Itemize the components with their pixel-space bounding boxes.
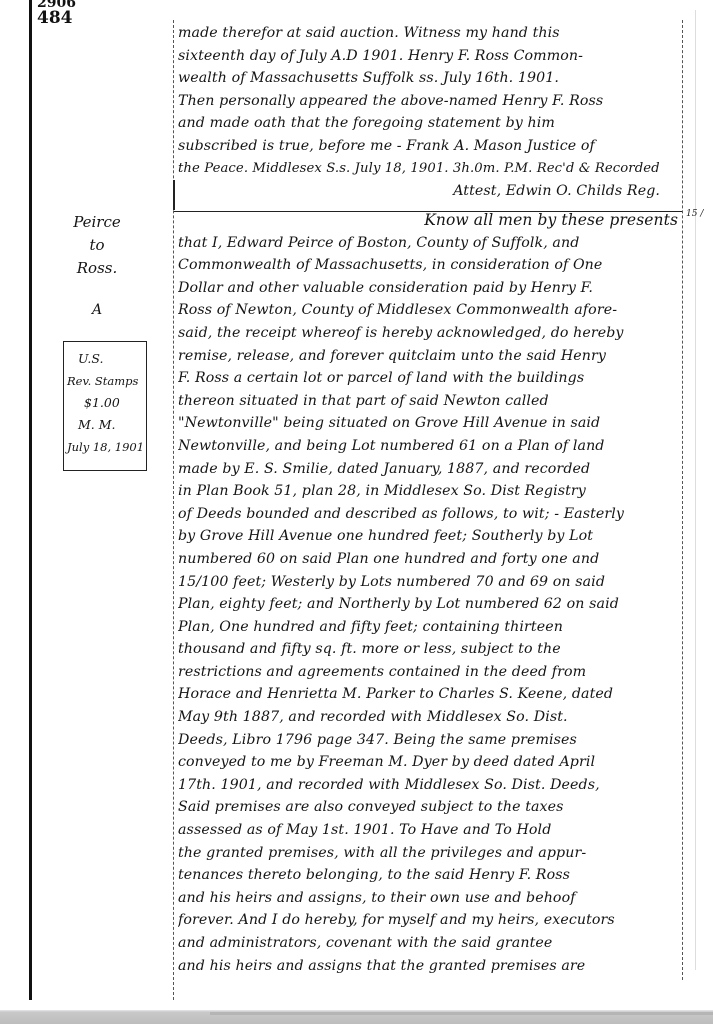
grantee-name: Ross. <box>62 257 132 280</box>
text-line: the granted premises, with all the privi… <box>178 842 682 865</box>
text-line: F. Ross a certain lot or parcel of land … <box>178 367 682 390</box>
deed-heading: Know all men by these presents <box>178 209 682 232</box>
text-line: the Peace. Middlesex S.s. July 18, 1901.… <box>178 158 682 181</box>
text-line: Plan, eighty feet; and Northerly by Lot … <box>178 593 682 616</box>
right-margin-annotation: 15 / <box>686 209 703 219</box>
page-shadow <box>210 1012 713 1015</box>
far-right-rule <box>695 10 696 970</box>
right-column-rule <box>682 20 683 980</box>
text-line: assessed as of May 1st. 1901. To Have an… <box>178 819 682 842</box>
text-line: and his heirs and assigns that the grant… <box>178 955 682 978</box>
text-line: and administrators, covenant with the sa… <box>178 932 682 955</box>
attest-signature: Attest, Edwin O. Childs Reg. <box>178 180 682 203</box>
revenue-stamp-note: U.S. Rev. Stamps $1.00 M. M. July 18, 19… <box>63 341 147 471</box>
text-line: Horace and Henrietta M. Parker to Charle… <box>178 683 682 706</box>
text-line: and made oath that the foregoing stateme… <box>178 112 682 135</box>
viewer-bottom-edge <box>0 1010 713 1024</box>
text-line: wealth of Massachusetts Suffolk ss. July… <box>178 67 682 90</box>
text-line: May 9th 1887, and recorded with Middlese… <box>178 706 682 729</box>
text-line: made by E. S. Smilie, dated January, 188… <box>178 458 682 481</box>
deed-body: Know all men by these presents that I, E… <box>178 209 682 977</box>
text-line: conveyed to me by Freeman M. Dyer by dee… <box>178 751 682 774</box>
stamp-line-us: U.S. <box>64 348 146 370</box>
margin-column-rule <box>173 20 174 1000</box>
grantor-name: Peirce <box>62 211 132 234</box>
stamp-line-amount: $1.00 <box>64 392 146 414</box>
text-line: tenances thereto belonging, to the said … <box>178 864 682 887</box>
text-line: and his heirs and assigns, to their own … <box>178 887 682 910</box>
folio-page-number: 484 <box>37 10 73 27</box>
text-line: 17th. 1901, and recorded with Middlesex … <box>178 774 682 797</box>
text-line: said, the receipt whereof is hereby ackn… <box>178 322 682 345</box>
text-line: that I, Edward Peirce of Boston, County … <box>178 232 682 255</box>
page-left-border <box>29 0 32 1000</box>
text-line: in Plan Book 51, plan 28, in Middlesex S… <box>178 480 682 503</box>
text-line: Ross of Newton, County of Middlesex Comm… <box>178 299 682 322</box>
text-line: forever. And I do hereby, for myself and… <box>178 909 682 932</box>
text-line: by Grove Hill Avenue one hundred feet; S… <box>178 525 682 548</box>
text-line: numbered 60 on said Plan one hundred and… <box>178 548 682 571</box>
text-line: "Newtonville" being situated on Grove Hi… <box>178 412 682 435</box>
text-line: thereon situated in that part of said Ne… <box>178 390 682 413</box>
text-line: made therefor at said auction. Witness m… <box>178 22 682 45</box>
text-line: Said premises are also conveyed subject … <box>178 796 682 819</box>
previous-deed-continuation: made therefor at said auction. Witness m… <box>178 22 682 203</box>
margin-letter: A <box>62 302 132 318</box>
text-line: sixteenth day of July A.D 1901. Henry F.… <box>178 45 682 68</box>
text-line: Dollar and other valuable consideration … <box>178 277 682 300</box>
stamp-line-date: July 18, 1901 <box>64 436 146 458</box>
text-line: Plan, One hundred and fifty feet; contai… <box>178 616 682 639</box>
text-line: Deeds, Libro 1796 page 347. Being the sa… <box>178 729 682 752</box>
text-line: Commonwealth of Massachusetts, in consid… <box>178 254 682 277</box>
text-line: Then personally appeared the above-named… <box>178 90 682 113</box>
parties-connector: to <box>62 234 132 257</box>
text-line: Newtonville, and being Lot numbered 61 o… <box>178 435 682 458</box>
text-line: subscribed is true, before me - Frank A.… <box>178 135 682 158</box>
text-line: restrictions and agreements contained in… <box>178 661 682 684</box>
stamp-line-initials: M. M. <box>64 414 146 436</box>
margin-parties-note: Peirce to Ross. <box>62 211 132 280</box>
stamp-line-rev: Rev. Stamps <box>64 370 146 392</box>
text-line: remise, release, and forever quitclaim u… <box>178 345 682 368</box>
text-line: 15/100 feet; Westerly by Lots numbered 7… <box>178 571 682 594</box>
text-line: of Deeds bounded and described as follow… <box>178 503 682 526</box>
document-page: 2906 484 made therefor at said auction. … <box>0 0 713 1008</box>
text-line: thousand and fifty sq. ft. more or less,… <box>178 638 682 661</box>
section-divider-tick <box>173 180 175 210</box>
